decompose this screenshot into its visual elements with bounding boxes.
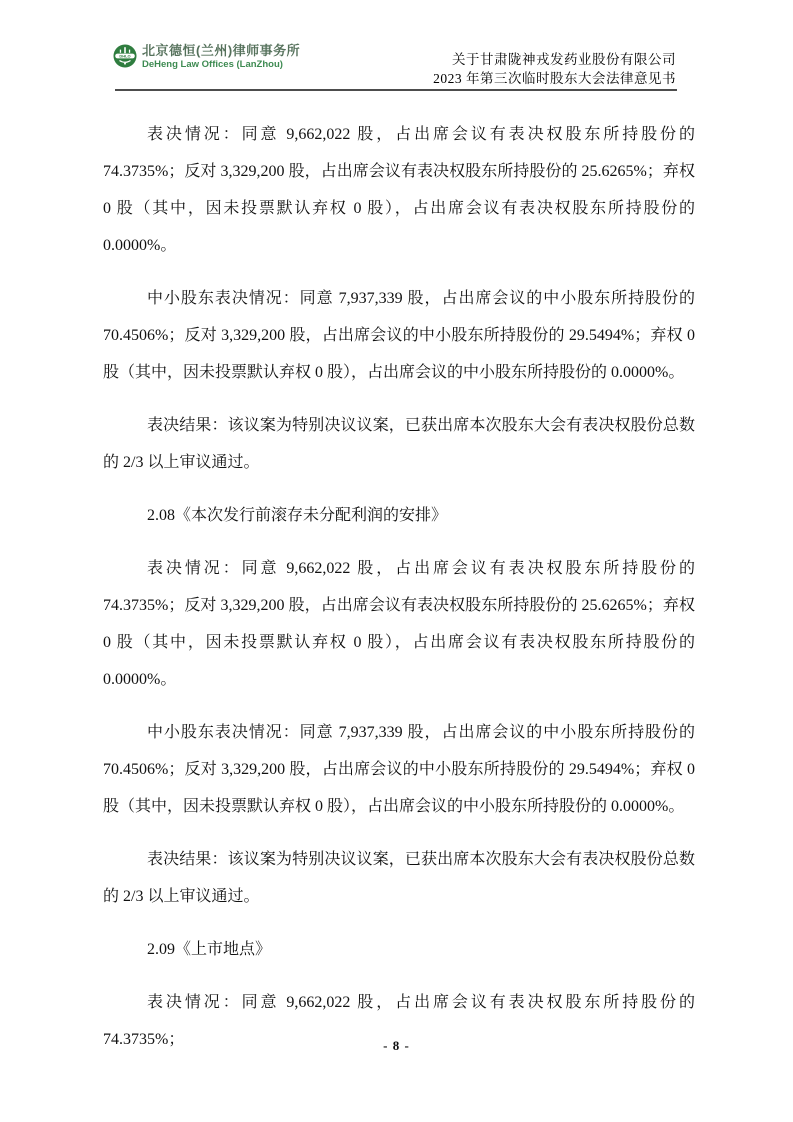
- firm-name-cn: 北京德恒(兰州)律师事务所: [142, 44, 300, 59]
- document-body: 表决情况：同意 9,662,022 股，占出席会议有表决权股东所持股份的 74.…: [103, 116, 695, 1074]
- section-heading-2-08: 2.08《本次发行前滚存未分配利润的安排》: [103, 497, 695, 534]
- firm-name-en: DeHeng Law Offices (LanZhou): [142, 60, 300, 71]
- firm-brand: DHLO 北京德恒(兰州)律师事务所 DeHeng Law Offices (L…: [113, 44, 300, 71]
- header-divider: [115, 89, 677, 91]
- paragraph-voting-result: 表决情况：同意 9,662,022 股，占出席会议有表决权股东所持股份的 74.…: [103, 550, 695, 698]
- paragraph-resolution-outcome: 表决结果：该议案为特别决议议案，已获出席本次股东大会有表决权股份总数的 2/3 …: [103, 407, 695, 481]
- svg-text:DHLO: DHLO: [119, 54, 130, 59]
- paragraph-minority-voting: 中小股东表决情况：同意 7,937,339 股，占出席会议的中小股东所持股份的 …: [103, 714, 695, 825]
- paragraph-minority-voting: 中小股东表决情况：同意 7,937,339 股，占出席会议的中小股东所持股份的 …: [103, 280, 695, 391]
- paragraph-resolution-outcome: 表决结果：该议案为特别决议议案，已获出席本次股东大会有表决权股份总数的 2/3 …: [103, 841, 695, 915]
- deheng-scales-logo-icon: DHLO: [113, 44, 137, 68]
- paragraph-voting-result: 表决情况：同意 9,662,022 股，占出席会议有表决权股东所持股份的 74.…: [103, 116, 695, 264]
- page-footer: - 8 -: [0, 1038, 793, 1054]
- document-page: DHLO 北京德恒(兰州)律师事务所 DeHeng Law Offices (L…: [0, 0, 793, 1122]
- section-heading-2-09: 2.09《上市地点》: [103, 931, 695, 968]
- firm-name-block: 北京德恒(兰州)律师事务所 DeHeng Law Offices (LanZho…: [142, 44, 300, 71]
- document-title-line2: 2023 年第三次临时股东大会法律意见书: [433, 69, 676, 88]
- page-number: - 8 -: [383, 1038, 410, 1053]
- document-title: 关于甘肃陇神戎发药业股份有限公司 2023 年第三次临时股东大会法律意见书: [433, 50, 676, 88]
- document-title-line1: 关于甘肃陇神戎发药业股份有限公司: [433, 50, 676, 69]
